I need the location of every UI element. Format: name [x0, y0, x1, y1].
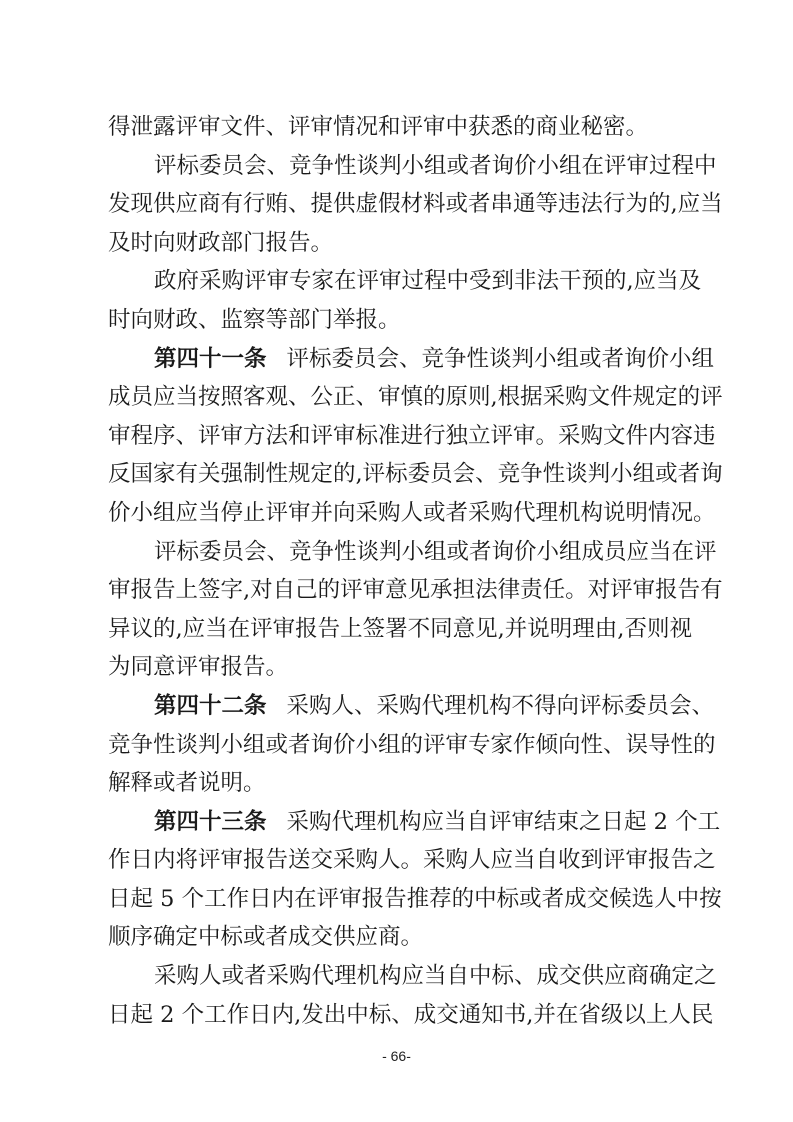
- text-line: 采购人或者采购代理机构应当自中标、成交供应商确定之: [108, 957, 684, 996]
- text-line: 时向财政、监察等部门举报。: [108, 301, 684, 340]
- text-line: 为同意评审报告。: [108, 648, 684, 687]
- text-line: 异议的,应当在评审报告上签署不同意见,并说明理由,否则视: [108, 610, 684, 649]
- article-41-heading-line: 第四十一条评标委员会、竞争性谈判小组或者询价小组: [108, 340, 684, 379]
- text-line: 成员应当按照客观、公正、审慎的原则,根据采购文件规定的评: [108, 378, 684, 417]
- text-line: 政府采购评审专家在评审过程中受到非法干预的,应当及: [108, 262, 684, 301]
- text-line: 反国家有关强制性规定的,评标委员会、竞争性谈判小组或者询: [108, 455, 684, 494]
- text-line: 价小组应当停止评审并向采购人或者采购代理机构说明情况。: [108, 494, 684, 533]
- text-line: 采购代理机构应当自评审结束之日起 2 个工: [287, 809, 721, 835]
- text-line: 解释或者说明。: [108, 764, 684, 803]
- text-line: 审程序、评审方法和评审标准进行独立评审。采购文件内容违: [108, 417, 684, 456]
- article-number: 第四十三条: [154, 809, 267, 835]
- text-line: 评标委员会、竞争性谈判小组或者询价小组在评审过程中: [108, 147, 684, 186]
- text-line: 得泄露评审文件、评审情况和评审中获悉的商业秘密。: [108, 108, 684, 147]
- article-number: 第四十一条: [154, 346, 267, 372]
- page-number: - 66-: [0, 1048, 793, 1064]
- text-line: 日起 5 个工作日内在评审报告推荐的中标或者成交候选人中按: [108, 880, 684, 919]
- text-line: 采购人、采购代理机构不得向评标委员会、: [287, 693, 715, 719]
- text-line: 作日内将评审报告送交采购人。采购人应当自收到评审报告之: [108, 841, 684, 880]
- article-43-heading-line: 第四十三条采购代理机构应当自评审结束之日起 2 个工: [108, 803, 684, 842]
- text-line: 日起 2 个工作日内,发出中标、成交通知书,并在省级以上人民: [108, 996, 684, 1035]
- text-line: 评标委员会、竞争性谈判小组或者询价小组成员应当在评: [108, 533, 684, 572]
- text-line: 发现供应商有行贿、提供虚假材料或者串通等违法行为的,应当: [108, 185, 684, 224]
- text-line: 顺序确定中标或者成交供应商。: [108, 918, 684, 957]
- text-line: 审报告上签字,对自己的评审意见承担法律责任。对评审报告有: [108, 571, 684, 610]
- text-line: 及时向财政部门报告。: [108, 224, 684, 263]
- article-42-heading-line: 第四十二条采购人、采购代理机构不得向评标委员会、: [108, 687, 684, 726]
- text-line: 评标委员会、竞争性谈判小组或者询价小组: [287, 346, 715, 372]
- document-page: 得泄露评审文件、评审情况和评审中获悉的商业秘密。 评标委员会、竞争性谈判小组或者…: [108, 108, 684, 1034]
- text-line: 竞争性谈判小组或者询价小组的评审专家作倾向性、误导性的: [108, 726, 684, 765]
- article-number: 第四十二条: [154, 693, 267, 719]
